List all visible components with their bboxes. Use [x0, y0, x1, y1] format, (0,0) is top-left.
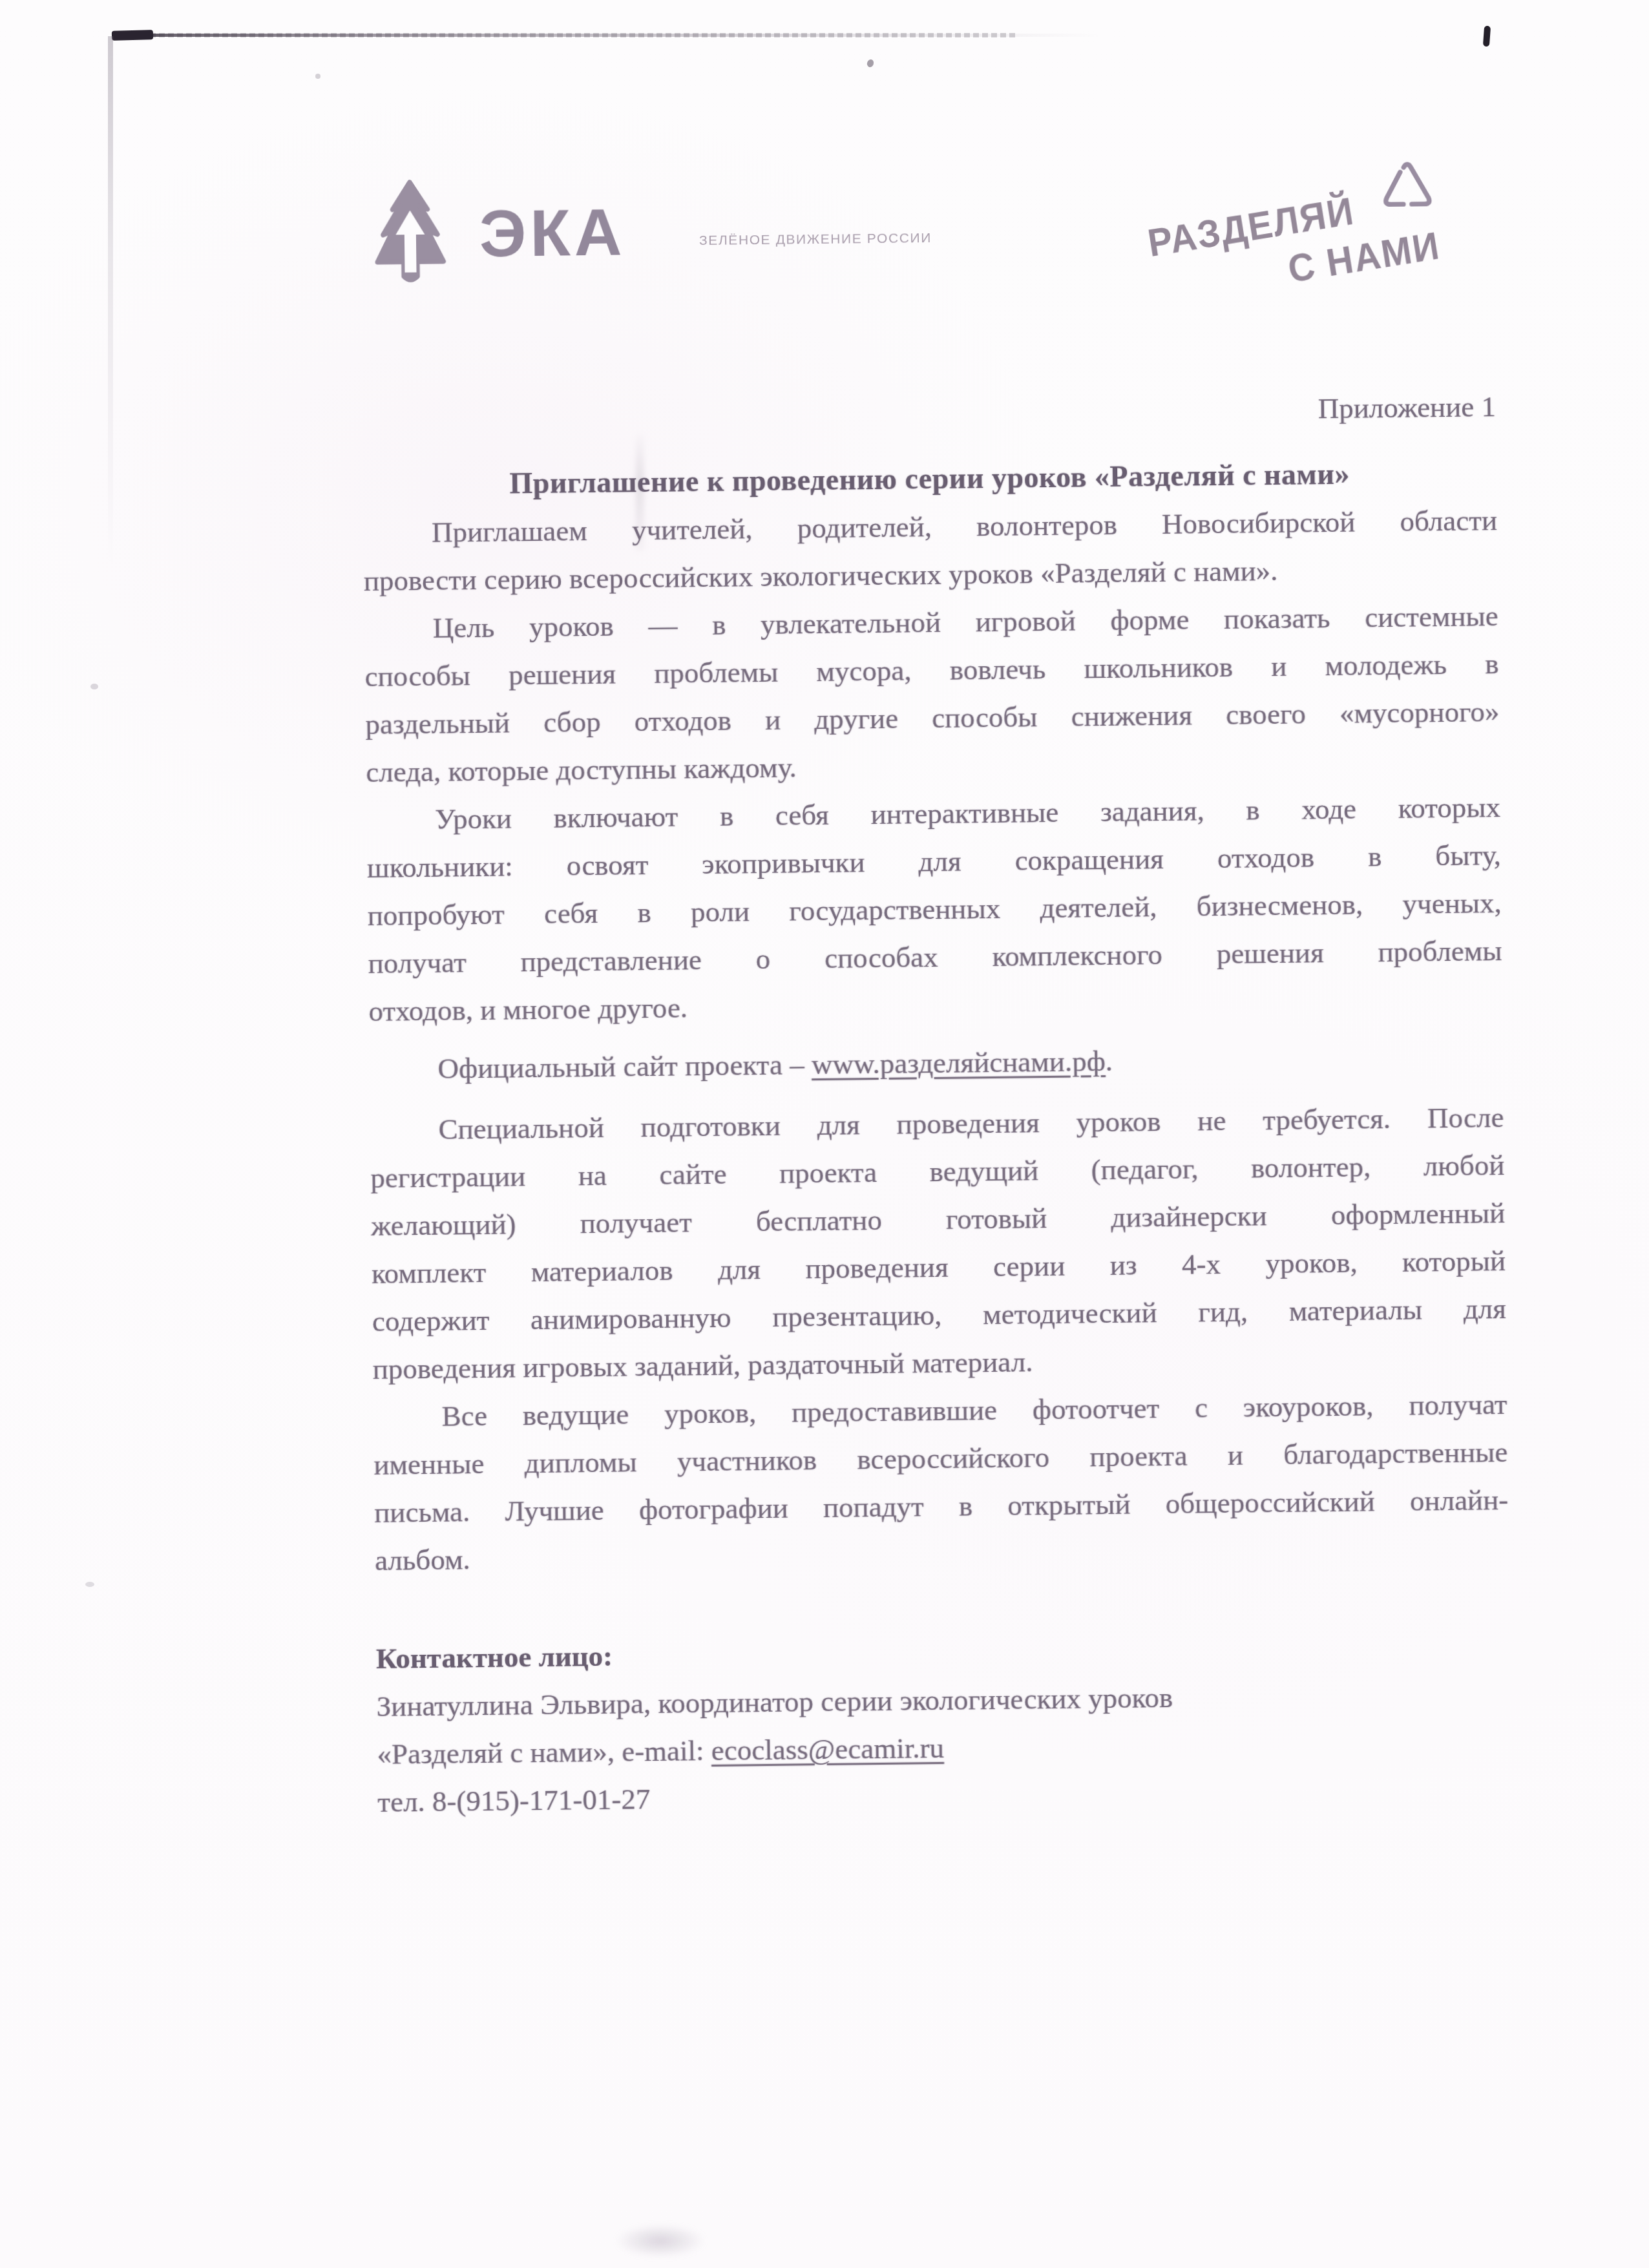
- razdelyay-s-nami-logo: РАЗДЕЛЯЙ С НАМИ: [1146, 141, 1458, 338]
- scanned-document-page: { "colors": { "body_text": "#766b7d", "h…: [0, 0, 1649, 2268]
- site-url: www.разделяйснами.рф: [812, 1045, 1106, 1080]
- letter-body: Приложение 1 Приглашение к проведению се…: [362, 383, 1512, 1826]
- site-line-suffix: .: [1105, 1045, 1113, 1077]
- eka-tree-arrow-icon: [361, 178, 459, 288]
- annex-label: Приложение 1: [362, 383, 1497, 443]
- paragraph-invitation: Приглашаем учителей, родителей, волонтер…: [363, 496, 1498, 605]
- recycle-triangle-icon: [1377, 151, 1437, 219]
- paragraph-diplomas: Все ведущие уроков, предоставившие фотоо…: [373, 1380, 1509, 1584]
- contact-block: Контактное лицо: Зинатуллина Эльвира, ко…: [375, 1622, 1511, 1826]
- paragraph-lessons: Уроки включают в себя интерактивные зада…: [366, 783, 1503, 1035]
- eka-logo-text: ЭКА: [479, 199, 626, 267]
- official-site-line: Официальный сайт проекта – www.разделяйс…: [369, 1033, 1504, 1093]
- contact-email-prefix: «Разделяй с нами», e-mail:: [377, 1734, 711, 1770]
- printed-content: ЭКА ЗЕЛЁНОЕ ДВИЖЕНИЕ РОССИИ РАЗДЕЛЯЙ С Н…: [0, 0, 1649, 2268]
- s-nami-line: С НАМИ: [1285, 236, 1383, 289]
- eka-logo: ЭКА ЗЕЛЁНОЕ ДВИЖЕНИЕ РОССИИ: [361, 172, 963, 295]
- contact-email: ecoclass@ecamir.ru: [711, 1732, 945, 1767]
- razdelyay-s-nami-text: РАЗДЕЛЯЙ С НАМИ: [1145, 188, 1389, 311]
- site-line-prefix: Официальный сайт проекта –: [437, 1048, 812, 1085]
- paragraph-materials: Специальной подготовки для проведения ур…: [370, 1093, 1507, 1393]
- paragraph-goal: Цель уроков — в увлекательной игровой фо…: [364, 592, 1500, 796]
- eka-logo-tagline: ЗЕЛЁНОЕ ДВИЖЕНИЕ РОССИИ: [699, 231, 932, 249]
